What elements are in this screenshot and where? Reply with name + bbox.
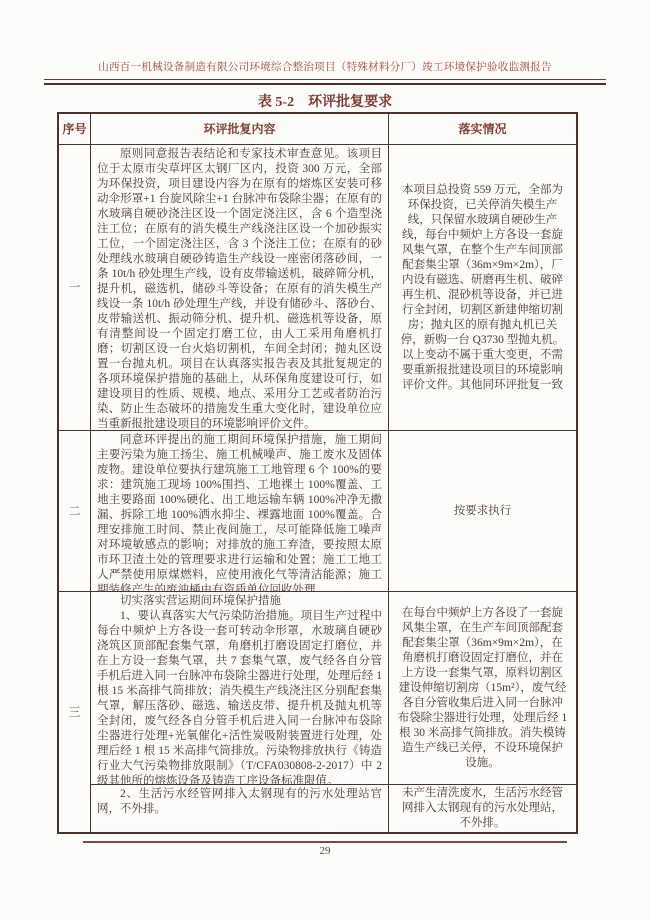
row2-content-cell: 同意环评提出的施工期间环境保护措施，施工期间主要污染为施工扬尘、施工机械噪声、施… (91, 431, 389, 592)
row3-item2-status-cell: 未产生清洗废水，生活污水经管网排入太钢现有的污水处理站，不外排。 (389, 785, 576, 832)
row1-status-text: 本项目总投资 559 万元，全部为环保投资，已关停消失模生产线，只保留水玻璃自硬… (397, 183, 568, 393)
approval-requirements-table: 序号 环评批复内容 落实情况 一 原则同意报告表结论和专家技术审查意见。该项目位… (57, 112, 578, 834)
row3-item1-status-text: 在每台中频炉上方各设了一套旋风集尘罩，在生产车间顶部配套配套集尘罩（36m×9m… (397, 606, 568, 771)
row3-item1-text: 1、要认真落实大气污染防治措施。项目生产过程中每台中频炉上方各设一套可转动伞形罩… (97, 609, 382, 785)
row3-item2-content-cell: 2、生活污水经管网排入太钢现有的污水处理站官网，不外排。 (91, 785, 389, 832)
footer-rule (83, 841, 567, 843)
row2-status-cell: 按要求执行 (389, 431, 576, 592)
col-header-no: 序号 (59, 114, 91, 145)
row3-item1-status-cell: 在每台中频炉上方各设了一套旋风集尘罩，在生产车间顶部配套配套集尘罩（36m×9m… (389, 592, 576, 785)
row1-content-cell: 原则同意报告表结论和专家技术审查意见。该项目位于太原市尖草坪区太钢厂区内，投资 … (91, 145, 389, 431)
table-title: 表 5-2环评批复要求 (0, 91, 650, 111)
row3-item2-status-text: 未产生清洗废水，生活污水经管网排入太钢现有的污水处理站，不外排。 (397, 786, 568, 831)
header-double-rule (44, 79, 606, 85)
row3-no: 三 (59, 592, 91, 832)
row3-item1-content-cell: 切实落实营运期间环境保护措施 1、要认真落实大气污染防治措施。项目生产过程中每台… (91, 592, 389, 785)
row1-no: 一 (59, 145, 91, 431)
page-number: 29 (0, 845, 650, 857)
col-header-content: 环评批复内容 (91, 114, 389, 145)
table-title-label: 表 5-2 (258, 95, 294, 110)
report-page: 山西百一机械设备制造有限公司环境综合整治项目（特殊材料分厂）竣工环境保护验收监测… (0, 0, 650, 920)
row2-status-text: 按要求执行 (454, 504, 512, 519)
table-title-text: 环评批复要求 (308, 95, 392, 110)
row2-content-text: 同意环评提出的施工期间环境保护措施，施工期间主要污染为施工扬尘、施工机械噪声、施… (97, 433, 382, 592)
row3-item2-text: 2、生活污水经管网排入太钢现有的污水处理站官网，不外排。 (97, 787, 382, 817)
col-header-status: 落实情况 (389, 114, 576, 145)
row2-no: 二 (59, 431, 91, 592)
running-header: 山西百一机械设备制造有限公司环境综合整治项目（特殊材料分厂）竣工环境保护验收监测… (50, 61, 600, 74)
row1-status-cell: 本项目总投资 559 万元，全部为环保投资，已关停消失模生产线，只保留水玻璃自硬… (389, 145, 576, 431)
row1-content-text: 原则同意报告表结论和专家技术审查意见。该项目位于太原市尖草坪区太钢厂区内，投资 … (97, 147, 382, 431)
row3-intro-text: 切实落实营运期间环境保护措施 (97, 594, 382, 609)
